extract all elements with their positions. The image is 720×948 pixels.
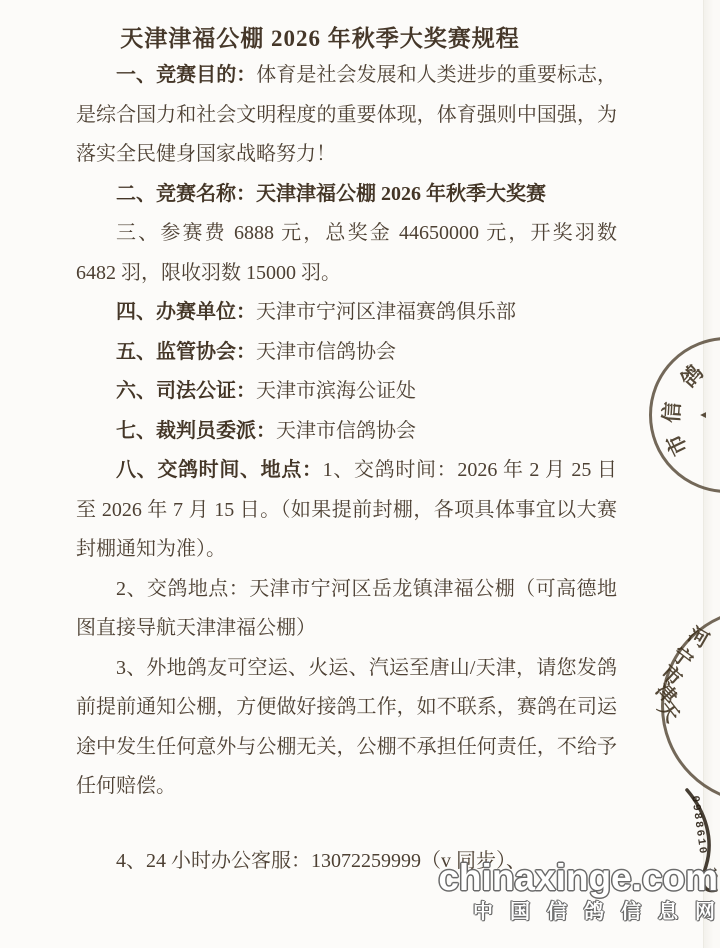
paragraph-notarization: 六、司法公证：天津市滨海公证处 — [76, 372, 617, 412]
paragraph-text: 天津市滨海公证处 — [256, 380, 416, 402]
paragraph-text: 三、参赛费 6888 元，总奖金 44650000 元，开奖羽数 6482 羽，… — [76, 222, 617, 284]
paragraph-text: 天津市信鸽协会 — [276, 420, 416, 442]
paragraph-text: 3、外地鸽友可空运、火运、汽运至唐山/天津，请您发鸽前提前通知公棚，方便做好接鸽… — [76, 657, 617, 798]
paragraph-text: 2、交鸽地点：天津市宁河区岳龙镇津福公棚（可高德地图直接导航天津津福公棚） — [76, 578, 617, 640]
paragraph-label: 八、交鸽时间、地点： — [116, 459, 323, 481]
paragraph-label: 六、司法公证： — [116, 380, 256, 402]
seal-star-mark: ▲ — [699, 410, 709, 420]
paragraph-label: 四、办赛单位： — [116, 301, 256, 323]
paragraph-supervising-association: 五、监管协会：天津市信鸽协会 — [76, 333, 617, 373]
paragraph-entry-fee: 三、参赛费 6888 元，总奖金 44650000 元，开奖羽数 6482 羽，… — [76, 214, 617, 293]
paragraph-competition-name: 二、竞赛名称：天津津福公棚 2026 年秋季大奖赛 — [76, 175, 617, 215]
paragraph-label: 一、竞赛目的： — [116, 64, 256, 86]
paragraph-text: 天津市宁河区津福赛鸽俱乐部 — [256, 301, 516, 323]
paragraph-organizer: 四、办赛单位：天津市宁河区津福赛鸽俱乐部 — [76, 293, 617, 333]
paragraph-label: 二、竞赛名称：天津津福公棚 2026 年秋季大奖赛 — [116, 183, 546, 205]
watermark-domain-text: chinaxinge.com — [438, 858, 718, 898]
watermark-site-name: 中国信鸽信息网 — [438, 899, 720, 925]
paragraph-referee-assignment: 七、裁判员委派：天津市信鸽协会 — [76, 412, 617, 452]
seal-character: 信 — [661, 401, 683, 423]
site-watermark: chinaxinge.com 中国信鸽信息网 — [438, 858, 718, 925]
paragraph-delivery-time: 八、交鸽时间、地点：1、交鸽时间：2026 年 2 月 25 日至 2026 年… — [76, 451, 617, 570]
paragraph-text: 天津市信鸽协会 — [256, 341, 396, 363]
paragraph-label: 五、监管协会： — [116, 341, 256, 363]
paragraph-delivery-location: 2、交鸽地点：天津市宁河区岳龙镇津福公棚（可高德地图直接导航天津津福公棚） — [76, 570, 617, 649]
document-page: 天津津福公棚 2026 年秋季大奖赛规程 一、竞赛目的：体育是社会发展和人类进步… — [0, 0, 720, 948]
paragraph-competition-purpose: 一、竞赛目的：体育是社会发展和人类进步的重要标志，是综合国力和社会文明程度的重要… — [76, 56, 617, 175]
document-body: 一、竞赛目的：体育是社会发展和人类进步的重要标志，是综合国力和社会文明程度的重要… — [76, 56, 617, 881]
page-title: 天津津福公棚 2026 年秋季大奖赛规程 — [0, 20, 640, 53]
paragraph-transport-notice: 3、外地鸽友可空运、火运、汽运至唐山/天津，请您发鸽前提前通知公棚，方便做好接鸽… — [76, 649, 617, 807]
paragraph-label: 七、裁判员委派： — [116, 420, 276, 442]
